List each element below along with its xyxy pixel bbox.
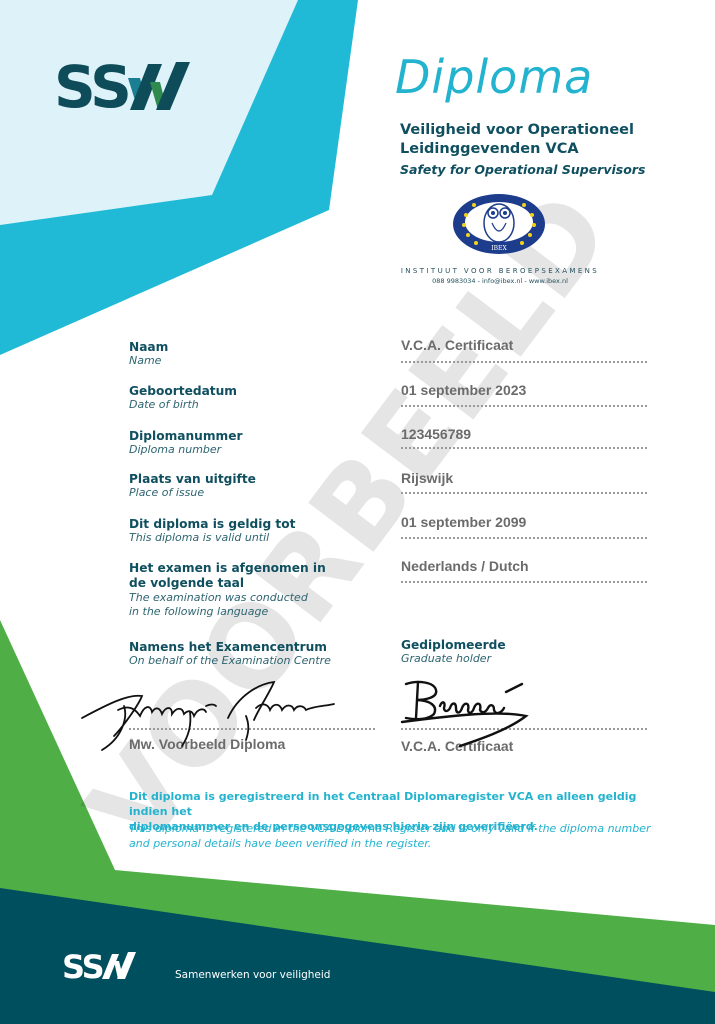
- field-label-exam-language-line2: de volgende taal: [129, 576, 349, 591]
- field-value-date-of-birth: 01 september 2023: [401, 382, 526, 398]
- course-title-line2: Leidinggevenden VCA: [400, 140, 634, 159]
- owl-emblem-icon: IBEX: [452, 193, 546, 255]
- dotted-line: [401, 447, 647, 449]
- field-label-exam-language-en: The examination was conducted in the fol…: [129, 591, 359, 619]
- field-label-date-of-birth: Geboortedatum: [129, 384, 349, 399]
- ssw-logo: SS: [54, 60, 194, 112]
- dotted-line: [401, 581, 647, 583]
- ibex-institute-name: INSTITUUT VOOR BEROEPSEXAMENS: [380, 267, 620, 275]
- ssw-logo-footer: SS: [62, 951, 138, 981]
- dotted-line: [401, 537, 647, 539]
- field-label-exam-language-en-line2: in the following language: [129, 605, 359, 619]
- register-note-dutch-line1: Dit diploma is geregistreerd in het Cent…: [129, 789, 669, 819]
- field-label-exam-language-en-line1: The examination was conducted: [129, 591, 359, 605]
- field-label-diploma-number-en: Diploma number: [129, 443, 359, 457]
- field-value-name: V.C.A. Certificaat: [401, 337, 513, 353]
- field-label-name: Naam: [129, 340, 349, 355]
- field-label-exam-language: Het examen is afgenomen in de volgende t…: [129, 561, 349, 591]
- dotted-line: [401, 361, 647, 363]
- dotted-line: [401, 492, 647, 494]
- handwritten-signature-icon: [78, 676, 340, 756]
- field-value-exam-language: Nederlands / Dutch: [401, 558, 529, 574]
- svg-text:IBEX: IBEX: [491, 245, 507, 252]
- diploma-title: Diploma: [395, 50, 593, 104]
- field-value-diploma-number: 123456789: [401, 426, 471, 442]
- register-note-english: This diploma is registered in the VCA Di…: [129, 821, 669, 851]
- field-label-place-of-issue-en: Place of issue: [129, 486, 359, 500]
- field-label-date-of-birth-en: Date of birth: [129, 398, 359, 412]
- course-title-line1: Veiligheid voor Operationeel: [400, 121, 634, 140]
- course-title-english: Safety for Operational Supervisors: [400, 162, 645, 177]
- handwritten-signature-icon: [398, 676, 538, 748]
- field-label-valid-until-en: This diploma is valid until: [129, 531, 359, 545]
- examination-centre-label: Namens het Examencentrum: [129, 640, 349, 655]
- examination-centre-label-en: On behalf of the Examination Centre: [129, 654, 359, 668]
- svg-text:SS: SS: [62, 951, 103, 981]
- field-label-exam-language-line1: Het examen is afgenomen in: [129, 561, 349, 576]
- field-label-valid-until: Dit diploma is geldig tot: [129, 517, 349, 532]
- footer-tagline: Samenwerken voor veiligheid: [175, 969, 330, 981]
- field-label-place-of-issue: Plaats van uitgifte: [129, 472, 349, 487]
- register-note-english-line2: and personal details have been verified …: [129, 836, 669, 851]
- graduate-label: Gediplomeerde: [401, 638, 621, 653]
- field-value-valid-until: 01 september 2099: [401, 514, 526, 530]
- svg-text:SS: SS: [54, 60, 129, 112]
- graduate-label-en: Graduate holder: [401, 652, 631, 666]
- dotted-line: [401, 405, 647, 407]
- ibex-contact-info: 088 9983034 - info@ibex.nl - www.ibex.nl: [380, 277, 620, 285]
- field-value-place-of-issue: Rijswijk: [401, 470, 453, 486]
- field-label-name-en: Name: [129, 354, 359, 368]
- field-label-diploma-number: Diplomanummer: [129, 429, 349, 444]
- register-note-english-line1: This diploma is registered in the VCA Di…: [129, 821, 669, 836]
- course-title: Veiligheid voor Operationeel Leidinggeve…: [400, 121, 634, 159]
